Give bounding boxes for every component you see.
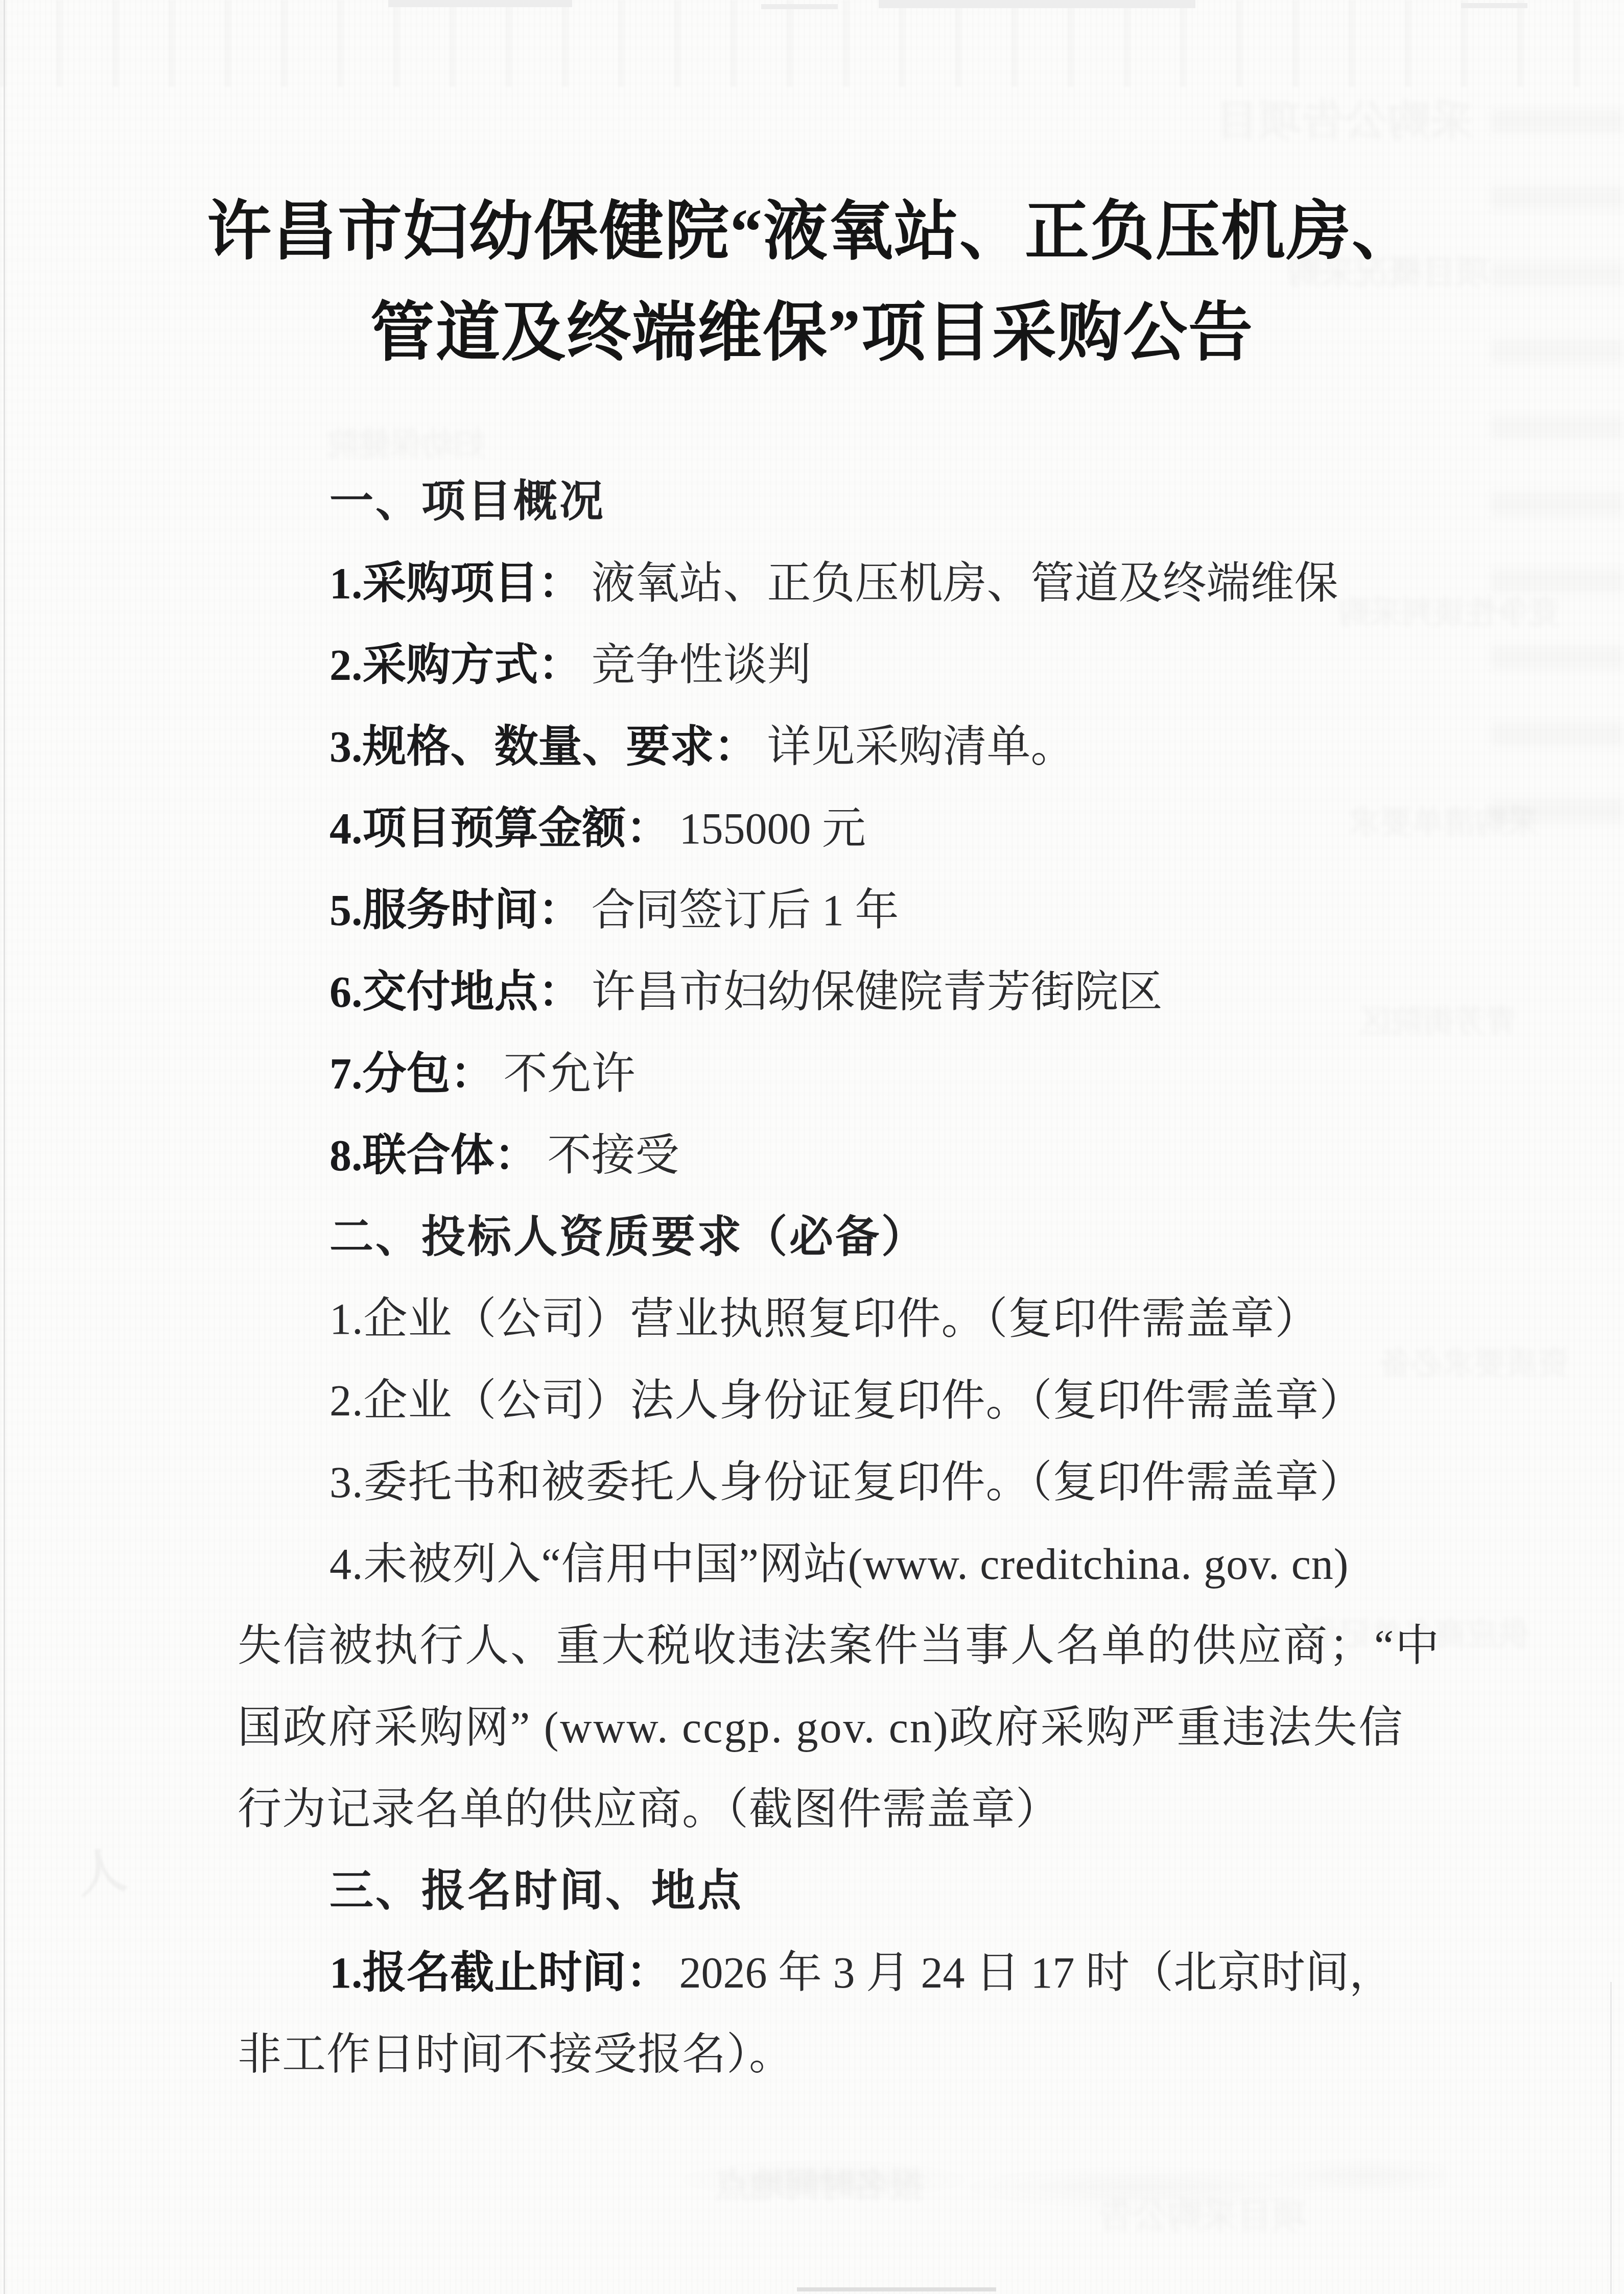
section2-item-legal-person-id: 2.企业（公司）法人身份证复印件。（复印件需盖章） xyxy=(238,1360,1515,1441)
document-title-line2: 管道及终端维保”项目采购公告 xyxy=(0,283,1624,384)
item-label: 7.分包： xyxy=(329,1049,495,1098)
item-label: 1.报名截止时间： xyxy=(329,1948,670,1997)
scan-bottom-smudges xyxy=(649,2145,1446,2222)
item-label: 8.联合体： xyxy=(329,1131,538,1180)
item-label: 6.交付地点： xyxy=(329,967,582,1016)
section1-item-purchase-project: 1.采购项目：液氧站、正负压机房、管道及终端维保 xyxy=(238,542,1515,624)
document-title: 许昌市妇幼保健院“液氧站、正负压机房、 管道及终端维保”项目采购公告 xyxy=(0,182,1624,384)
section1-heading: 一、项目概况 xyxy=(238,461,1515,542)
bleedthrough-ghost-text: 妇幼保健院 xyxy=(327,419,485,464)
section2-heading: 二、投标人资质要求（必备） xyxy=(238,1196,1515,1278)
section3-item-deadline-continuation: 非工作日时间不接受报名）。 xyxy=(238,2014,1515,2095)
section2-item-credit-line1: 4.未被列入“信用中国”网站(www. creditchina. gov. cn… xyxy=(238,1523,1515,1605)
section1-item-consortium: 8.联合体：不接受 xyxy=(238,1115,1515,1196)
bleedthrough-ghost-text: 报名时间地点 xyxy=(715,2158,924,2208)
scan-right-edge-line xyxy=(1610,1982,1612,2294)
section1-item-service-time: 5.服务时间：合同签订后 1 年 xyxy=(238,869,1515,951)
section1-item-spec-quantity: 3.规格、数量、要求：详见采购清单。 xyxy=(238,706,1515,788)
scan-top-dash xyxy=(761,4,838,9)
item-value: 详见采购清单。 xyxy=(767,722,1075,771)
section1-item-budget: 4.项目预算金额：155000 元 xyxy=(238,788,1515,869)
section1-item-delivery-place: 6.交付地点：许昌市妇幼保健院青芳街院区 xyxy=(238,951,1515,1033)
section1-item-subcontract: 7.分包：不允许 xyxy=(238,1033,1515,1115)
item-label: 1.采购项目： xyxy=(329,559,582,608)
section2-item-credit-line4: 行为记录名单的供应商。（截图件需盖章） xyxy=(238,1768,1515,1850)
item-value: 液氧站、正负压机房、管道及终端维保 xyxy=(592,559,1338,608)
section2-item-authorization: 3.委托书和被委托人身份证复印件。（复印件需盖章） xyxy=(238,1441,1515,1523)
document-body: 一、项目概况 1.采购项目：液氧站、正负压机房、管道及终端维保 2.采购方式：竞… xyxy=(238,461,1515,2095)
scan-top-dash xyxy=(879,0,1195,8)
scan-bottom-dash xyxy=(797,2287,996,2291)
item-value: 竞争性谈判 xyxy=(592,641,811,690)
item-label: 2.采购方式： xyxy=(329,641,582,690)
section2-item-credit-line2: 失信被执行人、重大税收违法案件当事人名单的供应商；“中 xyxy=(238,1605,1515,1687)
item-value: 2026 年 3 月 24 日 17 时（北京时间， xyxy=(679,1948,1394,1997)
item-value: 不接受 xyxy=(548,1131,679,1180)
scan-top-dash xyxy=(1461,3,1527,8)
item-value: 合同签订后 1 年 xyxy=(592,886,899,935)
item-label: 4.项目预算金额： xyxy=(329,804,670,853)
bleedthrough-ghost-text: 项目采购公告 xyxy=(1098,2189,1307,2238)
section1-item-purchase-method: 2.采购方式：竞争性谈判 xyxy=(238,624,1515,706)
section2-item-credit-line3: 国政府采购网” (www. ccgp. gov. cn)政府采购严重违法失信 xyxy=(238,1687,1515,1768)
item-value: 155000 元 xyxy=(679,804,866,853)
item-value: 不允许 xyxy=(504,1049,636,1098)
bleedthrough-ghost-mark: 人 xyxy=(72,1831,130,1907)
item-label: 3.规格、数量、要求： xyxy=(329,722,758,771)
scanned-document-page: 采购公告项目 项目概况采购 妇幼保健院 竞争性谈判采购 采购清单要求 青芳街院区… xyxy=(0,0,1624,2294)
scan-top-dash xyxy=(388,0,572,7)
item-label: 5.服务时间： xyxy=(329,886,582,935)
section3-item-deadline: 1.报名截止时间：2026 年 3 月 24 日 17 时（北京时间， xyxy=(238,1932,1515,2014)
document-title-line1: 许昌市妇幼保健院“液氧站、正负压机房、 xyxy=(0,182,1624,283)
section3-heading: 三、报名时间、地点 xyxy=(238,1850,1515,1932)
section2-item-business-license: 1.企业（公司）营业执照复印件。（复印件需盖章） xyxy=(238,1278,1515,1360)
item-value: 许昌市妇幼保健院青芳街院区 xyxy=(592,967,1163,1016)
bleedthrough-ghost-text: 采购公告项目 xyxy=(1216,87,1473,149)
scan-top-edge-artifacts xyxy=(0,0,1624,87)
